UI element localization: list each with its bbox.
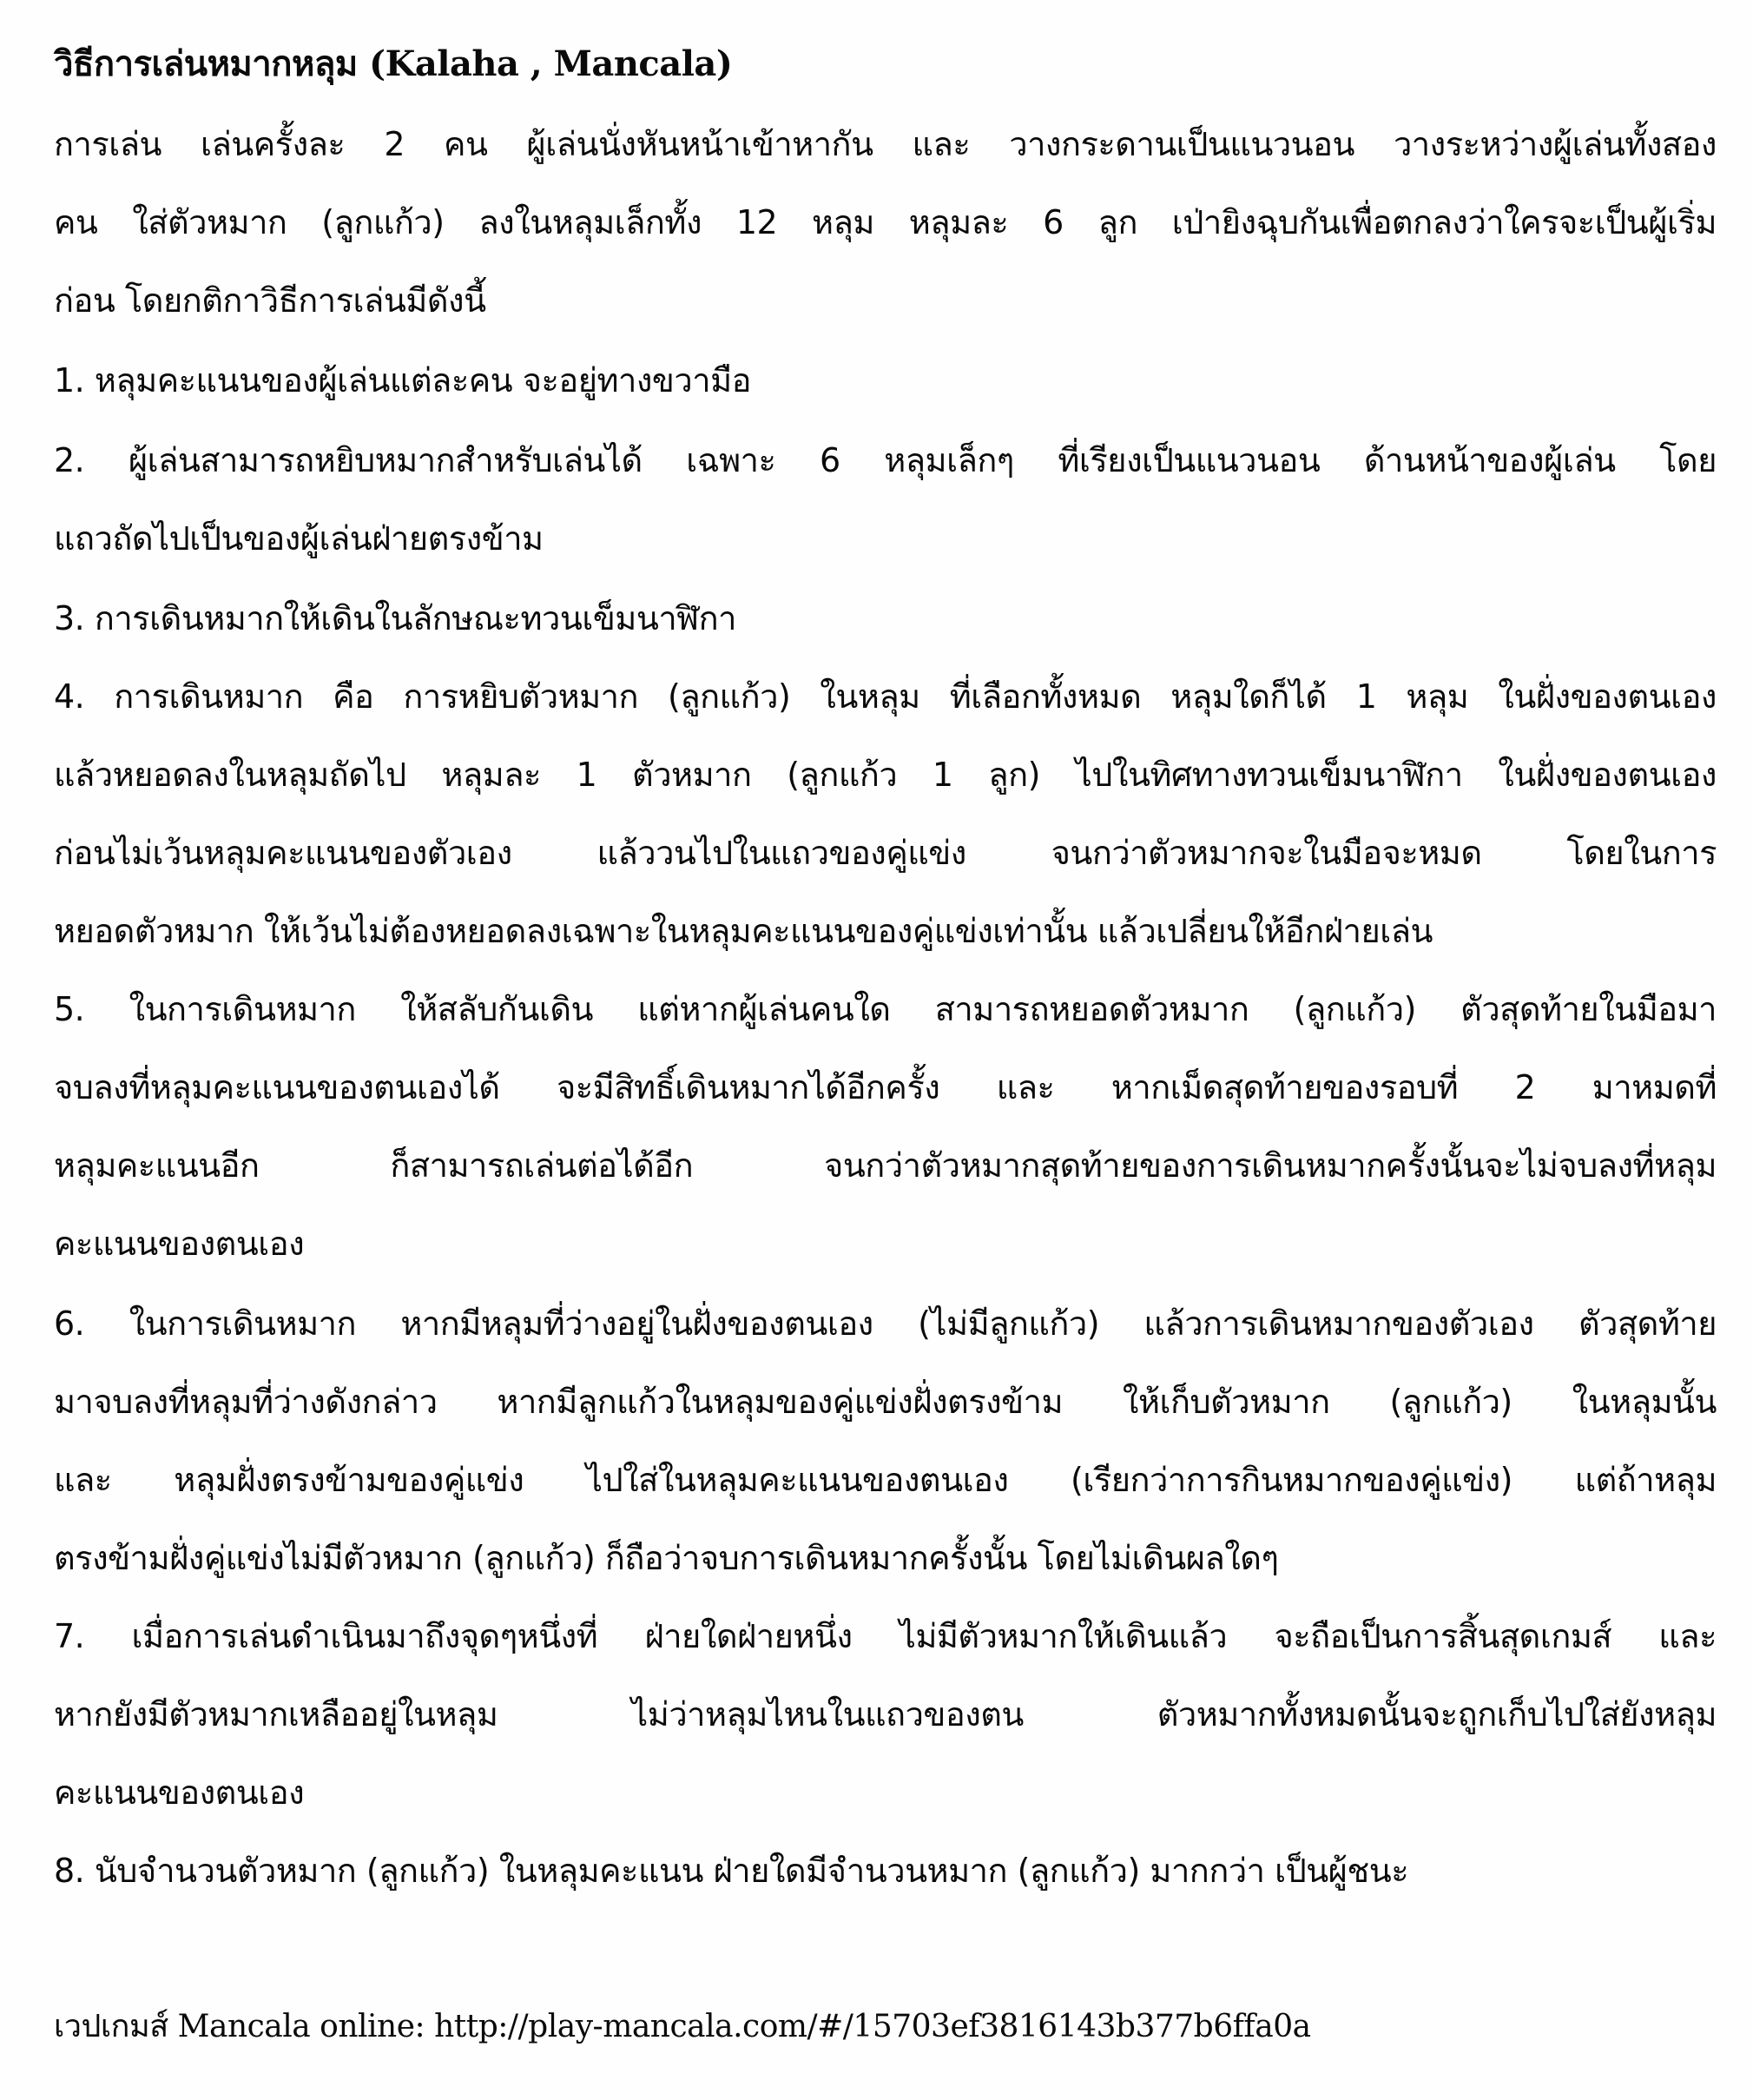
rule-6-line-1: 6. ในการเดินหมาก หากมีหลุมที่ว่างอยู่ในฝ… — [54, 1298, 1717, 1350]
intro-line-2: คน ใส่ตัวหมาก (ลูกแก้ว) ลงในหลุมเล็กทั้ง… — [54, 196, 1717, 248]
rule-4-line-4: หยอดตัวหมาก ให้เว้นไม่ต้องหยอดลงเฉพาะในห… — [54, 905, 1717, 957]
rule-7-line-3: คะแนนของตนเอง — [54, 1767, 1717, 1819]
rule-2-line-1: 2. ผู้เล่นสามารถหยิบหมากสำหรับเล่นได้ เฉ… — [54, 434, 1717, 486]
document-title: วิธีการเล่นหมากหลุม (Kalaha , Mancala) — [54, 38, 1717, 90]
rule-6-line-2: มาจบลงที่หลุมที่ว่างดังกล่าว หากมีลูกแก้… — [54, 1376, 1717, 1428]
rule-6-line-3: และ หลุมฝั่งตรงข้ามของคู่แข่ง ไปใส่ในหลุ… — [54, 1454, 1717, 1506]
rule-7-line-2: หากยังมีตัวหมากเหลืออยู่ในหลุม ไม่ว่าหลุ… — [54, 1688, 1717, 1740]
rule-4-line-1: 4. การเดินหมาก คือ การหยิบตัวหมาก (ลูกแก… — [54, 670, 1717, 723]
rule-5-line-3: หลุมคะแนนอีก ก็สามารถเล่นต่อได้อีก จนกว่… — [54, 1139, 1717, 1192]
mancala-online-link[interactable]: เวปเกมส์ Mancala online: http://play-man… — [54, 2001, 1717, 2053]
rule-5-line-2: จบลงที่หลุมคะแนนของตนเองได้ จะมีสิทธิ์เด… — [54, 1061, 1717, 1113]
intro-line-1: การเล่น เล่นครั้งละ 2 คน ผู้เล่นนั่งหันห… — [54, 118, 1717, 170]
rule-4-line-2: แล้วหยอดลงในหลุมถัดไป หลุมละ 1 ตัวหมาก (… — [54, 749, 1717, 801]
rule-5-line-4: คะแนนของตนเอง — [54, 1218, 1717, 1270]
rule-6-line-4: ตรงข้ามฝั่งคู่แข่งไม่มีตัวหมาก (ลูกแก้ว)… — [54, 1532, 1717, 1584]
rule-4-line-3: ก่อนไม่เว้นหลุมคะแนนของตัวเอง แล้ววนไปใน… — [54, 827, 1717, 879]
rule-7-line-1: 7. เมื่อการเล่นดำเนินมาถึงจุดๆหนึ่งที่ ฝ… — [54, 1610, 1717, 1662]
rule-2-line-2: แถวถัดไปเป็นของผู้เล่นฝ่ายตรงข้าม — [54, 512, 1717, 565]
rule-8-line-1: 8. นับจำนวนตัวหมาก (ลูกแก้ว) ในหลุมคะแนน… — [54, 1845, 1717, 1897]
rule-5-line-1: 5. ในการเดินหมาก ให้สลับกันเดิน แต่หากผู… — [54, 983, 1717, 1035]
rule-1-line-1: 1. หลุมคะแนนของผู้เล่นแต่ละคน จะอยู่ทางข… — [54, 354, 1717, 406]
scanned-document-page: วิธีการเล่นหมากหลุม (Kalaha , Mancala) ก… — [0, 0, 1753, 2100]
rule-3-line-1: 3. การเดินหมากให้เดินในลักษณะทวนเข็มนาฬิ… — [54, 592, 1717, 644]
intro-line-3: ก่อน โดยกติกาวิธีการเล่นมีดังนี้ — [54, 274, 1717, 327]
